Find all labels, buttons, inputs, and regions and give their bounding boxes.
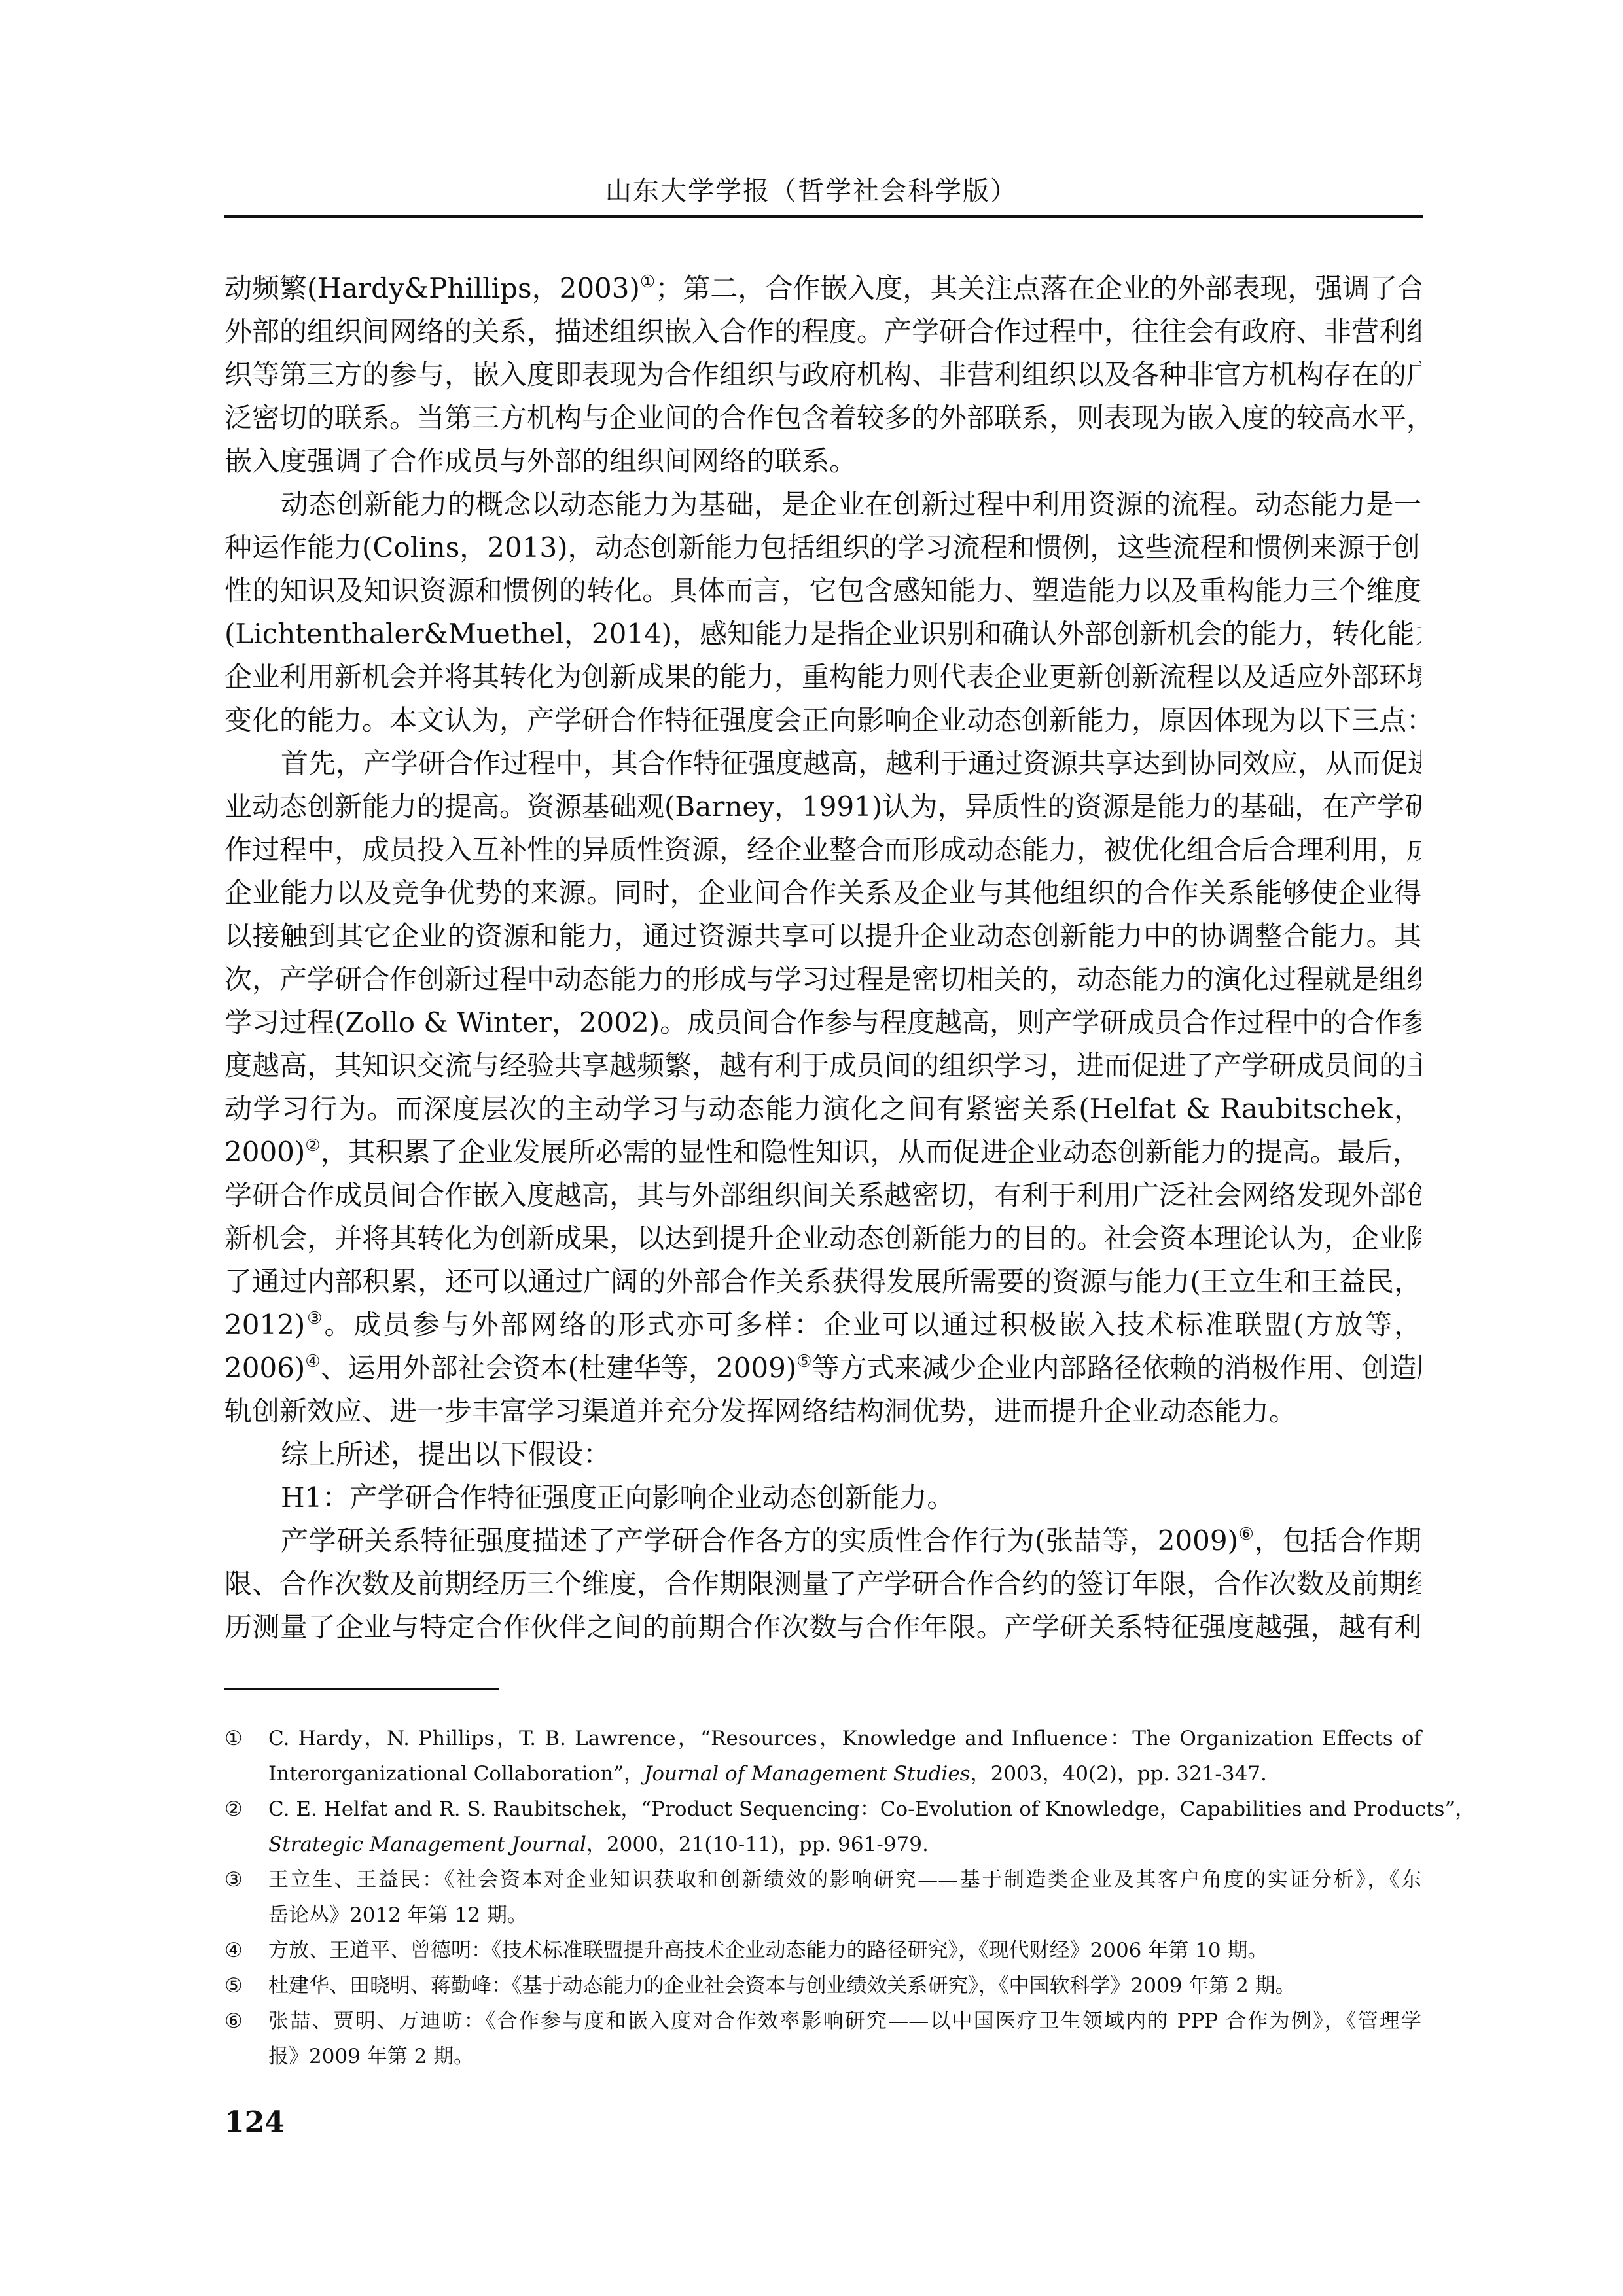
body-line: 动频繁(Hardy&Phillips，2003)①；第二，合作嵌入度，其关注点落… <box>224 267 1421 310</box>
footnote-marker: ⑤ <box>224 1968 243 2004</box>
body-line: 限、合作次数及前期经历三个维度，合作期限测量了产学研合作合约的签订年限，合作次数… <box>224 1563 1421 1606</box>
body-line: 2000)②，其积累了企业发展所必需的显性和隐性知识，从而促进企业动态创新能力的… <box>224 1131 1421 1174</box>
body-text: 动频繁(Hardy&Phillips，2003)①；第二，合作嵌入度，其关注点落… <box>224 267 1421 1649</box>
body-line: 外部的组织间网络的关系，描述组织嵌入合作的程度。产学研合作过程中，往往会有政府、… <box>224 310 1421 353</box>
body-line: 了通过内部积累，还可以通过广阔的外部合作关系获得发展所需要的资源与能力(王立生和… <box>224 1260 1421 1303</box>
footnote-line: 张喆、贾明、万迪昉：《合作参与度和嵌入度对合作效率影响研究——以中国医疗卫生领域… <box>268 2004 1421 2039</box>
footnote-marker: ① <box>224 1721 243 1756</box>
footnote-ref[interactable]: ② <box>305 1136 320 1156</box>
footnote-line: C. E. Helfat and R. S. Raubitschek，“Prod… <box>268 1792 1421 1827</box>
body-line: 首先，产学研合作过程中，其合作特征强度越高，越利于通过资源共享达到协同效应，从而… <box>224 742 1421 785</box>
body-line: 产学研关系特征强度描述了产学研合作各方的实质性合作行为(张喆等，2009)⑥，包… <box>224 1519 1421 1563</box>
body-line: 综上所述，提出以下假设： <box>224 1433 1421 1476</box>
body-line: 新机会，并将其转化为创新成果，以达到提升企业动态创新能力的目的。社会资本理论认为… <box>224 1217 1421 1260</box>
footnote-line: 报》2009 年第 2 期。 <box>268 2039 1421 2074</box>
footnote-line: 方放、王道平、曾德明：《技术标准联盟提升高技术企业动态能力的路径研究》，《现代财… <box>268 1933 1421 1968</box>
header-rule <box>224 215 1423 218</box>
footnote-line: C. Hardy，N. Phillips，T. B. Lawrence，“Res… <box>268 1721 1421 1756</box>
footnote-line: 王立生、王益民：《社会资本对企业知识获取和创新绩效的影响研究——基于制造类企业及… <box>268 1862 1421 1898</box>
footnote-ref[interactable]: ① <box>640 272 655 292</box>
body-line: (Lichtenthaler&Muethel，2014)，感知能力是指企业识别和… <box>224 612 1421 656</box>
body-line: 2012)③。成员参与外部网络的形式亦可多样：企业可以通过积极嵌入技术标准联盟(… <box>224 1303 1421 1347</box>
body-line: 企业利用新机会并将其转化为创新成果的能力，重构能力则代表企业更新创新流程以及适应… <box>224 656 1421 699</box>
footnotes: ①C. Hardy，N. Phillips，T. B. Lawrence，“Re… <box>224 1721 1421 2074</box>
footnote-ref[interactable]: ③ <box>305 1309 324 1328</box>
body-line: 种运作能力(Colins，2013)，动态创新能力包括组织的学习流程和惯例，这些… <box>224 526 1421 569</box>
footnote-line: 杜建华、田晓明、蒋勤峰：《基于动态能力的企业社会资本与创业绩效关系研究》，《中国… <box>268 1968 1421 2004</box>
body-line: 以接触到其它企业的资源和能力，通过资源共享可以提升企业动态创新能力中的协调整合能… <box>224 915 1421 958</box>
footnote-item: ①C. Hardy，N. Phillips，T. B. Lawrence，“Re… <box>224 1721 1421 1792</box>
body-line: 动学习行为。而深度层次的主动学习与动态能力演化之间有紧密关系(Helfat & … <box>224 1087 1421 1131</box>
journal-title: Journal of Management Studies <box>644 1762 971 1786</box>
page-number: 124 <box>224 2106 285 2139</box>
footnote-ref[interactable]: ⑤ <box>796 1352 811 1371</box>
body-line: 轨创新效应、进一步丰富学习渠道并充分发挥网络结构洞优势，进而提升企业动态能力。 <box>224 1390 1421 1433</box>
body-line: 历测量了企业与特定合作伙伴之间的前期合作次数与合作年限。产学研关系特征强度越强，… <box>224 1606 1421 1649</box>
body-line: 2006)④、运用外部社会资本(杜建华等，2009)⑤等方式来减少企业内部路径依… <box>224 1347 1421 1390</box>
body-line: 性的知识及知识资源和惯例的转化。具体而言，它包含感知能力、塑造能力以及重构能力三… <box>224 569 1421 612</box>
running-head-title: 山东大学学报（哲学社会科学版） <box>0 175 1623 207</box>
body-line: 动态创新能力的概念以动态能力为基础，是企业在创新过程中利用资源的流程。动态能力是… <box>224 483 1421 526</box>
footnote-marker: ③ <box>224 1862 243 1898</box>
body-line: 泛密切的联系。当第三方机构与企业间的合作包含着较多的外部联系，则表现为嵌入度的较… <box>224 397 1421 440</box>
footnote-marker: ② <box>224 1792 243 1827</box>
body-line: 业动态创新能力的提高。资源基础观(Barney，1991)认为，异质性的资源是能… <box>224 785 1421 828</box>
footnote-item: ②C. E. Helfat and R. S. Raubitschek，“Pro… <box>224 1792 1421 1862</box>
footnote-rule <box>224 1688 499 1690</box>
footnote-line: Strategic Management Journal，2000，21(10-… <box>268 1827 1421 1862</box>
footnote-item: ④方放、王道平、曾德明：《技术标准联盟提升高技术企业动态能力的路径研究》，《现代… <box>224 1933 1421 1968</box>
footnote-marker: ⑥ <box>224 2004 243 2039</box>
body-line: 次，产学研合作创新过程中动态能力的形成与学习过程是密切相关的，动态能力的演化过程… <box>224 958 1421 1001</box>
body-line: 变化的能力。本文认为，产学研合作特征强度会正向影响企业动态创新能力，原因体现为以… <box>224 699 1421 742</box>
footnote-line: 岳论丛》2012 年第 12 期。 <box>268 1898 1421 1933</box>
body-line: 作过程中，成员投入互补性的异质性资源，经企业整合而形成动态能力，被优化组合后合理… <box>224 828 1421 872</box>
footnote-ref[interactable]: ⑥ <box>1238 1525 1255 1544</box>
footnote-ref[interactable]: ④ <box>305 1352 320 1371</box>
body-line: 学研合作成员间合作嵌入度越高，其与外部组织间关系越密切，有利于利用广泛社会网络发… <box>224 1174 1421 1217</box>
footnote-item: ⑤杜建华、田晓明、蒋勤峰：《基于动态能力的企业社会资本与创业绩效关系研究》，《中… <box>224 1968 1421 2004</box>
footnote-line: Interorganizational Collaboration”，Journ… <box>268 1756 1421 1792</box>
body-line: 嵌入度强调了合作成员与外部的组织间网络的联系。 <box>224 440 1421 483</box>
body-line: 度越高，其知识交流与经验共享越频繁，越有利于成员间的组织学习，进而促进了产学研成… <box>224 1044 1421 1087</box>
footnote-marker: ④ <box>224 1933 243 1968</box>
footnote-item: ⑥张喆、贾明、万迪昉：《合作参与度和嵌入度对合作效率影响研究——以中国医疗卫生领… <box>224 2004 1421 2074</box>
journal-title: Strategic Management Journal <box>268 1833 586 1856</box>
body-line: H1：产学研合作特征强度正向影响企业动态创新能力。 <box>224 1476 1421 1519</box>
body-line: 企业能力以及竞争优势的来源。同时，企业间合作关系及企业与其他组织的合作关系能够使… <box>224 872 1421 915</box>
footnote-item: ③王立生、王益民：《社会资本对企业知识获取和创新绩效的影响研究——基于制造类企业… <box>224 1862 1421 1933</box>
body-line: 学习过程(Zollo & Winter，2002)。成员间合作参与程度越高，则产… <box>224 1001 1421 1044</box>
body-line: 织等第三方的参与，嵌入度即表现为合作组织与政府机构、非营利组织以及各种非官方机构… <box>224 353 1421 397</box>
